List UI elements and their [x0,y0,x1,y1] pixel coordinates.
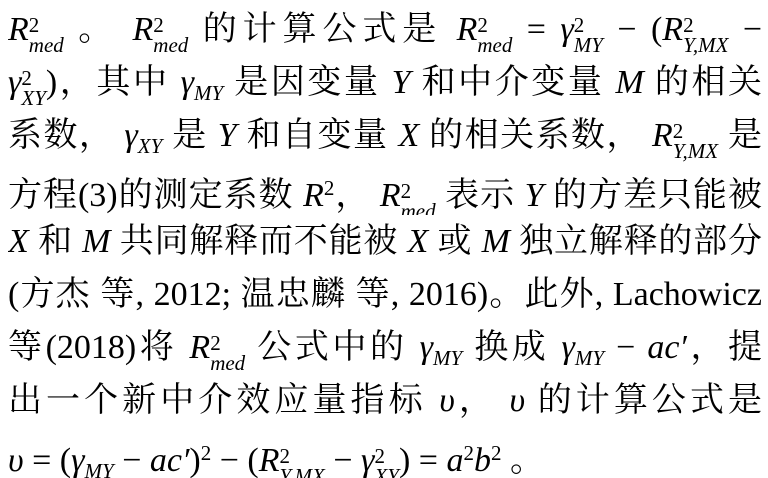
text-run: 共同解释而不能被 [111,223,408,260]
math-supsub: R2med [8,11,64,48]
math-variable: X [398,117,419,154]
superscript: 2 [477,15,512,35]
math-script-stack: 2Y,MX [280,446,325,478]
math-script-stack: 2Y,MX [683,15,728,55]
superscript: 2 [683,15,728,35]
text-run: − [325,442,361,478]
text-line: (方杰 等, 2012; 温忠麟 等, 2016)。此外, Lachowicz [8,268,762,321]
text-run: − [114,442,150,478]
superscript: 2 [401,181,436,201]
superscript: 2 [324,176,335,200]
math-supsub: γ2XY [361,442,399,478]
math-variable: Y [392,64,411,101]
math-base: R [662,11,683,48]
math-variable: γ [561,329,574,366]
text-run: 换成 [462,329,561,366]
math-variable: γ [181,64,194,101]
superscript: 2 [201,441,212,465]
text-run: 的计算公式是 [188,11,456,48]
text-run: 和中介变量 [411,64,616,101]
math-variable: X [407,223,428,260]
math-variable: Y [525,177,544,214]
text-run: 。 [64,11,133,48]
math-base: R [133,11,154,48]
subscript: MY [194,81,223,105]
text-line: X 和 M 共同解释而不能被 X 或 M 独立解释的部分 [8,215,762,268]
text-run: (方杰 等, 2012; 温忠麟 等, 2016)。此外, Lachowicz [8,276,762,313]
text-run: 的方差只能被 [544,177,762,214]
math-supsub: R2Y,MX [662,11,728,48]
subscript: med [153,35,188,55]
text-line: R2med 。 R2med 的计算公式是 R2med = γ2MY − (R2Y… [8,3,762,56]
text-run: 是 [718,117,762,154]
subscript: med [210,353,245,373]
subscript: XY [138,134,163,158]
document-page: R2med 。 R2med 的计算公式是 R2med = γ2MY − (R2Y… [0,0,768,478]
math-supsub: R2Y,MX [259,442,325,478]
text-run: − ( [603,11,662,48]
math-base: R [380,177,401,214]
math-variable: R [303,177,324,214]
text-line: 出一个新中介效应量指标 υ， υ 的计算公式是 [8,374,762,427]
math-variable: M [615,64,643,101]
math-base: γ [560,11,573,48]
math-supsub: R2med [380,177,436,214]
math-variable: γ [420,329,433,366]
text-run: )，其中 [46,64,181,101]
text-run: 的相关 [644,64,762,101]
math-variable: M [482,223,510,260]
text-line: γ2XY)，其中 γMY 是因变量 Y 和中介变量 M 的相关 [8,56,762,109]
math-variable: b [474,442,491,478]
text-line: 等(2018)将 R2med 公式中的 γMY 换成 γMY − ac′，提 [8,321,762,374]
subscript: Y,MX [683,35,728,55]
text-run: 是 [162,117,217,154]
math-supsub: R2med [457,11,513,48]
superscript: 2 [29,15,64,35]
subscript: MY [433,346,462,370]
text-run: 的相关系数， [419,117,652,154]
text-run: 独立解释的部分 [510,223,762,260]
superscript: 2 [463,441,474,465]
math-script-stack: 2XY [21,68,46,108]
math-base: γ [8,64,21,101]
math-variable: ac′ [647,329,687,366]
text-line: 方程(3)的测定系数 R2， R2med 表示 Y 的方差只能被 [8,162,762,215]
math-script-stack: 2med [29,15,64,55]
text-run: 表示 [436,177,525,214]
superscript: 2 [153,15,188,35]
math-supsub: γ2XY [8,64,46,101]
subscript: med [29,35,64,55]
math-base: R [8,11,29,48]
subscript: Y,MX [280,466,325,478]
text-run: 是因变量 [223,64,391,101]
math-variable: υ [8,442,24,478]
superscript: 2 [374,446,399,466]
text-run: 和 [29,223,82,260]
math-base: R [189,329,210,366]
text-run: 系数， [8,117,124,154]
math-script-stack: 2med [477,15,512,55]
subscript: MY [574,35,603,55]
math-script-stack: 2Y,MX [673,121,718,161]
text-line: 系数， γXY 是 Y 和自变量 X 的相关系数， R2Y,MX 是 [8,109,762,162]
math-variable: X [8,223,29,260]
text-run: = [512,11,560,48]
math-variable: a [446,442,463,478]
math-supsub: R2Y,MX [652,117,718,154]
text-run: = ( [24,442,72,478]
math-supsub: γ2MY [560,11,603,48]
text-run: 的计算公式是 [525,382,762,419]
superscript: 2 [491,441,502,465]
math-script-stack: 2med [401,181,436,215]
math-supsub: R2med [133,11,189,48]
superscript: 2 [574,15,603,35]
math-supsub: R2med [189,329,245,366]
text-run: 等(2018)将 [8,329,189,366]
subscript: MY [575,346,604,370]
text-line: υ = (γMY − ac′)2 − (R2Y,MX − γ2XY) = a2b… [8,427,762,478]
subscript: med [477,35,512,55]
math-script-stack: 2MY [574,15,603,55]
superscript: 2 [673,121,718,141]
text-run: 或 [428,223,481,260]
math-variable: γ [71,442,84,478]
math-variable: ac′ [150,442,190,478]
text-run: 。 [501,442,544,478]
math-script-stack: 2XY [374,446,399,478]
math-variable: γ [124,117,137,154]
text-run: − [604,329,647,366]
text-run: − ( [211,442,259,478]
subscript: MY [85,459,114,478]
text-run: − [728,11,762,48]
text-run: 和自变量 [237,117,399,154]
text-run: ) [189,442,200,478]
superscript: 2 [210,333,245,353]
math-base: R [652,117,673,154]
math-base: R [457,11,478,48]
text-run: ， [455,382,510,419]
text-run: ， [334,177,379,214]
math-variable: Y [218,117,237,154]
superscript: 2 [21,68,46,88]
math-variable: M [82,223,110,260]
math-variable: υ [510,382,526,419]
text-run: ，提 [687,329,762,366]
subscript: Y,MX [673,141,718,161]
math-script-stack: 2med [153,15,188,55]
paragraph: R2med 。 R2med 的计算公式是 R2med = γ2MY − (R2Y… [8,3,762,478]
math-base: R [259,442,280,478]
text-run: 出一个新中介效应量指标 [8,382,439,419]
subscript: XY [374,466,399,478]
superscript: 2 [280,446,325,466]
math-base: γ [361,442,374,478]
text-run: 方程(3)的测定系数 [8,177,303,214]
math-script-stack: 2med [210,333,245,373]
subscript: XY [21,88,46,108]
text-run: ) = [399,442,447,478]
subscript: med [401,201,436,215]
math-variable: υ [439,382,455,419]
text-run: 公式中的 [245,329,419,366]
